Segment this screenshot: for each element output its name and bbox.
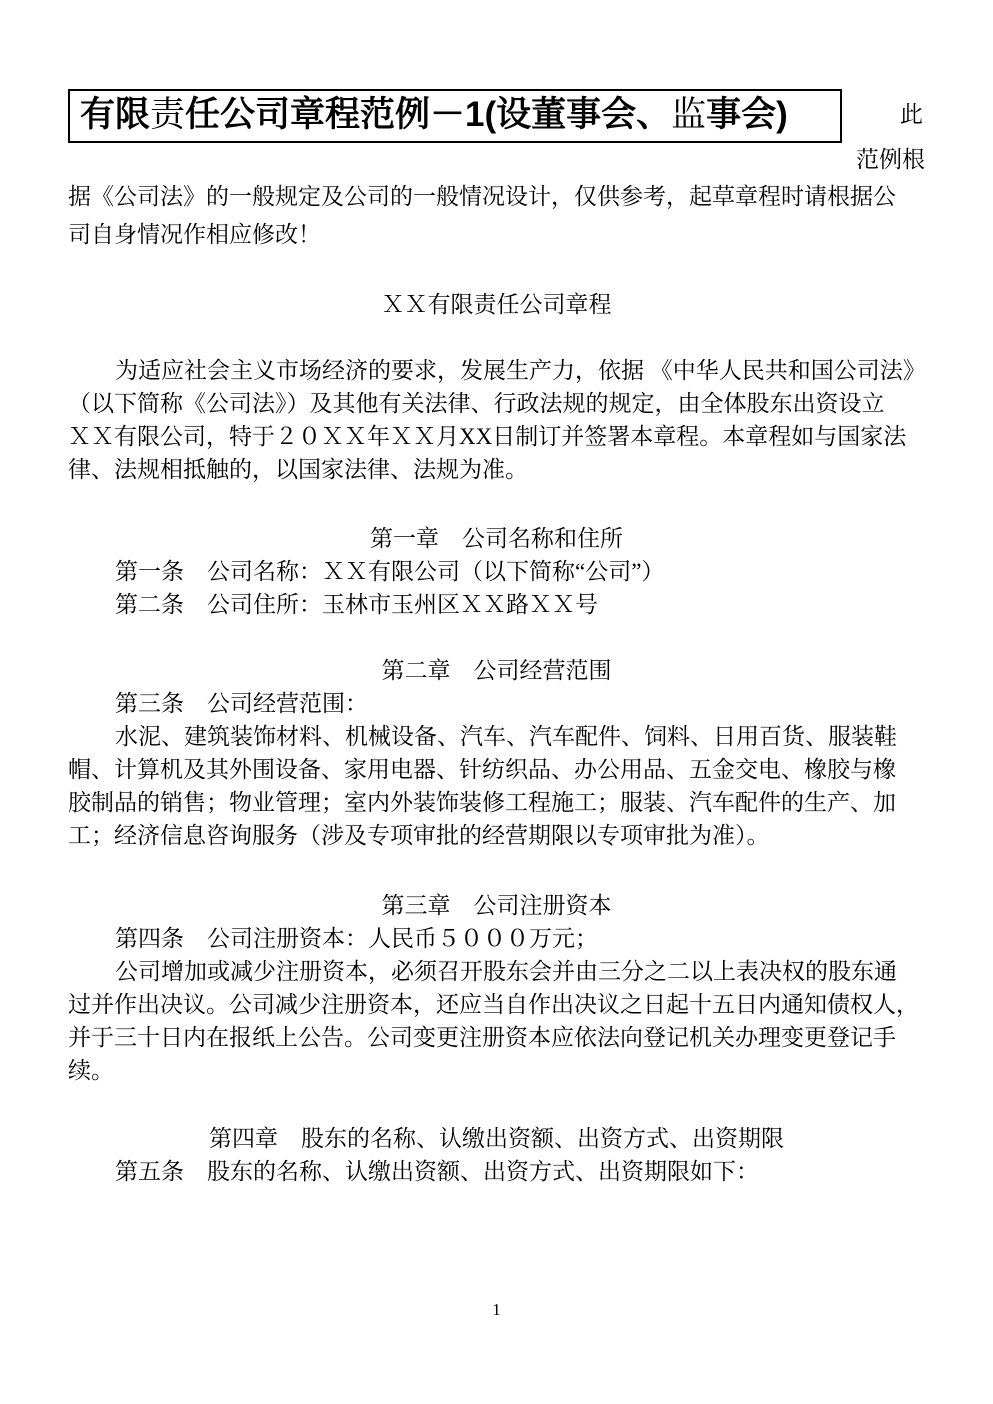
chapter4-heading: 第四章 股东的名称、认缴出资额、出资方式、出资期限 — [68, 1122, 925, 1155]
preamble-line: ＸＸ有限公司，特于２０ＸＸ年ＸＸ月XX日制订并签署本章程。本章程如与国家法 — [68, 420, 925, 453]
registered-capital-paragraph: 公司增加或减少注册资本，必须召开股东会并由三分之二以上表决权的股东通 过并作出决… — [68, 955, 925, 1087]
document-title: ＸＸ有限责任公司章程 — [68, 288, 925, 321]
title-segment-light: 责 — [150, 95, 185, 134]
title-box: 有限责任公司章程范例－1(设董事会、监事会) — [68, 89, 842, 143]
business-scope-line: 胶制品的销售；物业管理；室内外装饰装修工程施工；服装、汽车配件的生产、加 — [68, 786, 925, 819]
preamble-line: 律、法规相抵触的，以国家法律、法规为准。 — [68, 453, 925, 486]
business-scope-line: 水泥、建筑装饰材料、机械设备、汽车、汽车配件、饲料、日用百货、服装鞋 — [68, 720, 925, 753]
title-segment: 任公司章程范例－1(设董事会、 — [185, 95, 671, 134]
intro-paragraph: 据《公司法》的一般规定及公司的一般情况设计，仅供参考，起草章程时请根据公 司自身… — [68, 178, 925, 254]
page-number: 1 — [0, 1300, 993, 1320]
chapter2-heading: 第二章 公司经营范围 — [68, 654, 925, 687]
registered-capital-line: 公司增加或减少注册资本，必须召开股东会并由三分之二以上表决权的股东通 — [68, 955, 925, 988]
margin-note-line-1: 此 — [900, 100, 923, 130]
preamble-line: 为适应社会主义市场经济的要求，发展生产力，依据 《中华人民共和国公司法》 — [68, 354, 925, 387]
document-page: 有限责任公司章程范例－1(设董事会、监事会) 此 范例根 据《公司法》的一般规定… — [0, 0, 993, 1404]
title-segment: 有限 — [80, 95, 150, 134]
business-scope-line: 工；经济信息咨询服务（涉及专项审批的经营期限以专项审批为准）。 — [68, 819, 925, 852]
chapter1-heading: 第一章 公司名称和住所 — [68, 522, 925, 555]
article-3: 第三条 公司经营范围： — [68, 687, 925, 720]
registered-capital-line: 并于三十日内在报纸上公告。公司变更注册资本应依法向登记机关办理变更登记手 — [68, 1021, 925, 1054]
preamble-line: （以下简称《公司法》）及其他有关法律、行政法规的规定，由全体股东出资设立 — [68, 387, 925, 420]
article-4: 第四条 公司注册资本：人民币５０００万元； — [68, 922, 925, 955]
article-5: 第五条 股东的名称、认缴出资额、出资方式、出资期限如下： — [68, 1155, 925, 1188]
chapter3-heading: 第三章 公司注册资本 — [68, 889, 925, 922]
registered-capital-line: 续。 — [68, 1054, 925, 1087]
registered-capital-line: 过并作出决议。公司减少注册资本，还应当自作出决议之日起十五日内通知债权人， — [68, 988, 925, 1021]
article-1: 第一条 公司名称：ＸＸ有限公司（以下简称“公司”） — [68, 555, 925, 588]
business-scope-paragraph: 水泥、建筑装饰材料、机械设备、汽车、汽车配件、饲料、日用百货、服装鞋 帽、计算机… — [68, 720, 925, 852]
intro-line: 司自身情况作相应修改！ — [68, 216, 925, 254]
title-area: 有限责任公司章程范例－1(设董事会、监事会) 此 范例根 — [68, 0, 925, 178]
document-content: 有限责任公司章程范例－1(设董事会、监事会) 此 范例根 据《公司法》的一般规定… — [0, 0, 993, 1188]
intro-line: 据《公司法》的一般规定及公司的一般情况设计，仅供参考，起草章程时请根据公 — [68, 178, 925, 216]
title-segment-light: 监 — [671, 95, 706, 134]
article-2: 第二条 公司住所：玉林市玉州区ＸＸ路ＸＸ号 — [68, 588, 925, 621]
preamble-paragraph: 为适应社会主义市场经济的要求，发展生产力，依据 《中华人民共和国公司法》 （以下… — [68, 354, 925, 486]
business-scope-line: 帽、计算机及其外围设备、家用电器、针纺织品、办公用品、五金交电、橡胶与橡 — [68, 753, 925, 786]
title-segment: 事会) — [706, 95, 788, 134]
margin-note-line-2: 范例根 — [856, 145, 925, 175]
